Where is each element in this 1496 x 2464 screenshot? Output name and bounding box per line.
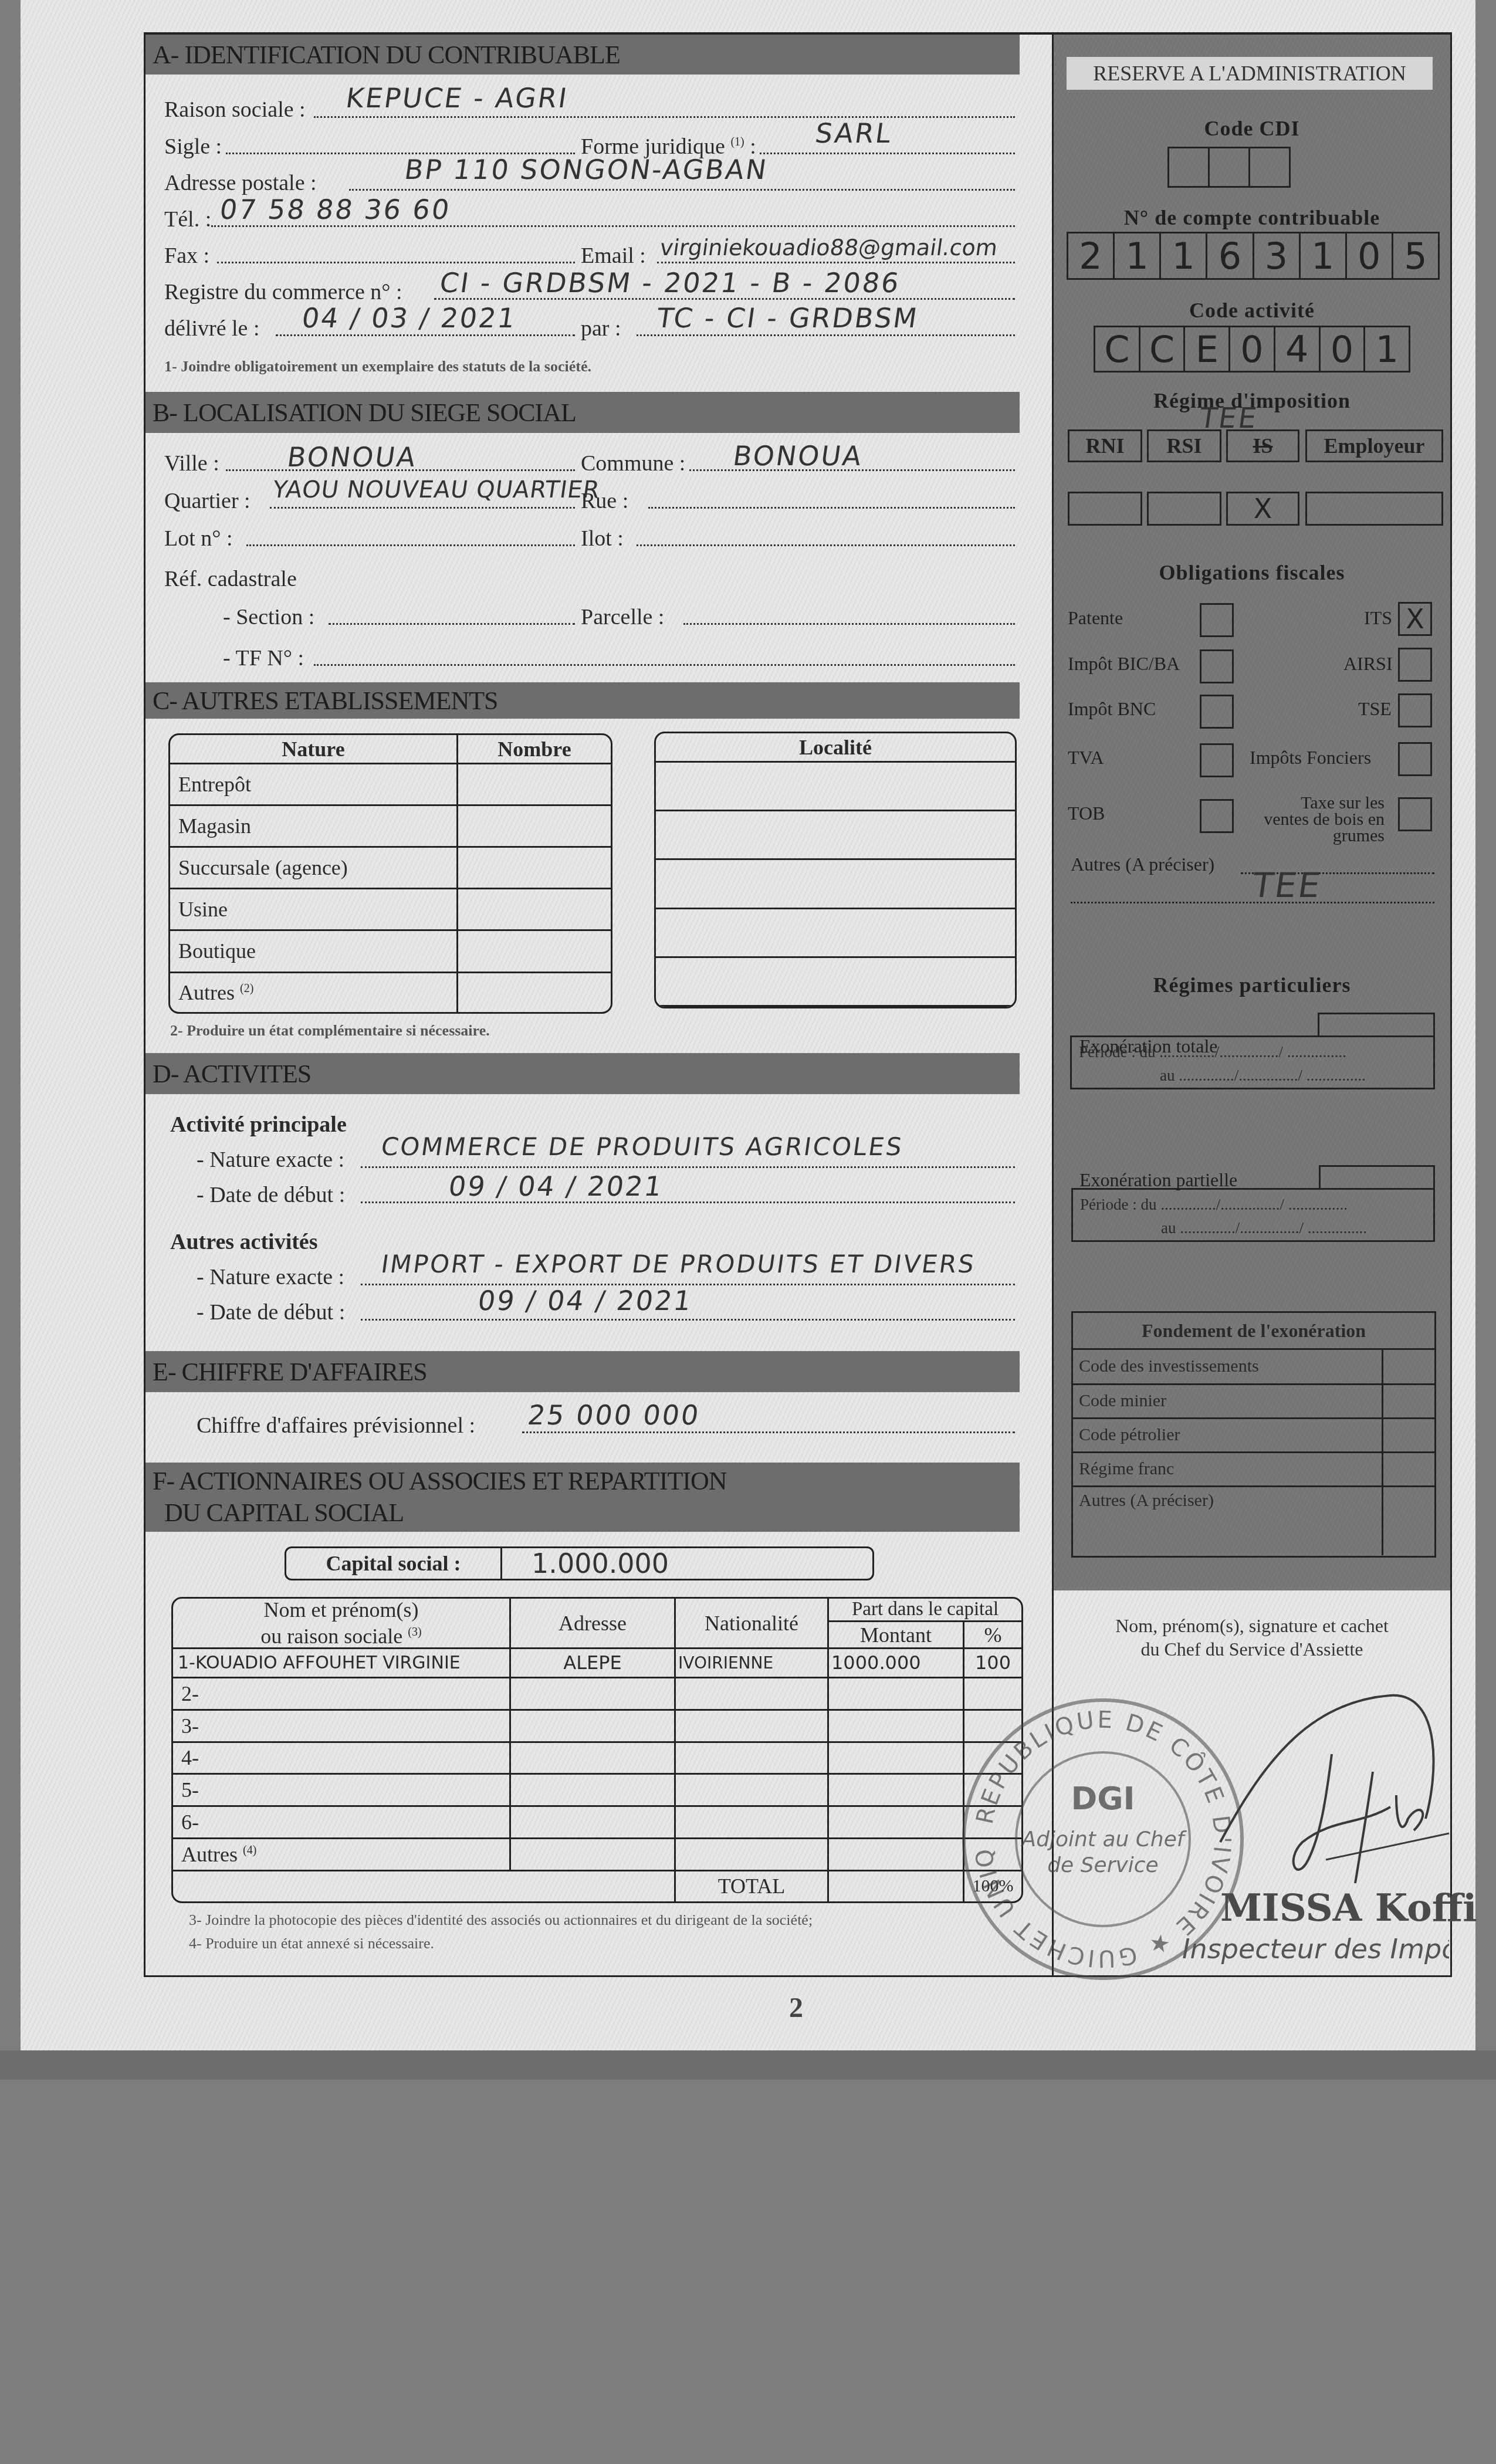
obligation-airsi-checkbox[interactable] bbox=[1398, 648, 1432, 682]
code-activite-cell: 0 bbox=[1321, 327, 1366, 371]
associate-amount-field[interactable] bbox=[829, 1775, 964, 1807]
associate-pct-field[interactable]: 100 bbox=[964, 1649, 1021, 1678]
obligation-bic-checkbox[interactable] bbox=[1200, 649, 1234, 683]
registre-label: Registre du commerce n° : bbox=[164, 279, 402, 305]
associate-nationality-field[interactable] bbox=[676, 1807, 829, 1839]
section-b-title: B- LOCALISATION DU SIEGE SOCIAL bbox=[153, 398, 576, 428]
admin-title: RESERVE A L'ADMINISTRATION bbox=[1067, 57, 1433, 90]
table-row: 1-KOUADIO AFFOUHET VIRGINIE ALEPE IVOIRI… bbox=[173, 1649, 1021, 1678]
table-row: 6- bbox=[173, 1807, 1021, 1839]
code-cdi-field[interactable] bbox=[1167, 147, 1291, 188]
col-part-capital: Part dans le capital bbox=[829, 1599, 1021, 1622]
fondement-petrolier-checkbox[interactable] bbox=[1383, 1418, 1435, 1452]
fondement-autres: Autres (A préciser) bbox=[1073, 1486, 1383, 1555]
row-autres: Autres (2) bbox=[170, 973, 458, 1012]
section-c-title: C- AUTRES ETABLISSEMENTS bbox=[153, 686, 498, 716]
table-row: Autres (4) bbox=[173, 1839, 1021, 1871]
stamp-inner-ring: DGI Adjoint au Chef de Service bbox=[1015, 1751, 1191, 1927]
fondement-exoneration-table: Fondement de l'exonération Code des inve… bbox=[1071, 1311, 1436, 1558]
col-adresse: Adresse bbox=[511, 1599, 676, 1649]
obligation-bnc-checkbox[interactable] bbox=[1200, 695, 1234, 729]
exo-totale-du[interactable]: Période : du ............../............… bbox=[1079, 1043, 1346, 1061]
nature-exacte-line bbox=[361, 1166, 1015, 1168]
section-f-title-1: F- ACTIONNAIRES OU ASSOCIES ET REPARTITI… bbox=[153, 1465, 726, 1497]
quartier-line bbox=[270, 507, 575, 509]
row-usine: Usine bbox=[170, 889, 458, 931]
fondement-petrolier: Code pétrolier bbox=[1073, 1418, 1383, 1452]
associate-address-field[interactable]: ALEPE bbox=[511, 1649, 676, 1678]
row-number: 6- bbox=[173, 1807, 511, 1839]
col-localite: Localité bbox=[656, 733, 1015, 763]
associate-address-field[interactable] bbox=[511, 1678, 676, 1711]
obligation-bois-label: Taxe sur les ventes de bois en grumes bbox=[1261, 795, 1385, 844]
associate-nationality-field[interactable] bbox=[676, 1678, 829, 1711]
signature-caption-line2: du Chef du Service d'Assiette bbox=[1054, 1637, 1450, 1661]
table-row: 4- bbox=[173, 1743, 1021, 1775]
total-spacer bbox=[173, 1871, 676, 1901]
regime-rsi: RSI bbox=[1147, 429, 1221, 462]
delivre-label: délivré le : bbox=[164, 316, 259, 341]
adresse-line bbox=[349, 189, 1015, 191]
nombre-cell[interactable] bbox=[458, 806, 611, 848]
obligation-its-checkbox[interactable]: X bbox=[1398, 602, 1432, 636]
obligation-tse-checkbox[interactable] bbox=[1398, 693, 1432, 727]
nombre-cell[interactable] bbox=[458, 848, 611, 889]
localite-table: Localité bbox=[654, 732, 1017, 1008]
obligation-airsi-label: AIRSI bbox=[1343, 653, 1393, 675]
associate-address-field[interactable] bbox=[511, 1743, 676, 1775]
autres-date-line bbox=[361, 1319, 1015, 1321]
forme-juridique-line bbox=[760, 153, 1015, 154]
adresse-field[interactable]: BP 110 SONGON-AGBAN bbox=[402, 154, 770, 185]
activite-principale-heading: Activité principale bbox=[170, 1112, 347, 1138]
total-label: TOTAL bbox=[676, 1871, 829, 1901]
code-activite-cell: 4 bbox=[1275, 327, 1321, 371]
tf-label: - TF N° : bbox=[223, 645, 304, 671]
row-number: 3- bbox=[173, 1711, 511, 1743]
footnote-ref: (2) bbox=[240, 982, 253, 995]
footnote-ref: (1) bbox=[730, 136, 744, 148]
obligation-tse-label: TSE bbox=[1358, 698, 1392, 720]
code-activite-cell: 1 bbox=[1365, 327, 1409, 371]
lot-label: Lot n° : bbox=[164, 526, 233, 551]
section-f-header: F- ACTIONNAIRES OU ASSOCIES ET REPARTITI… bbox=[145, 1463, 1020, 1532]
row-number: 4- bbox=[173, 1743, 511, 1775]
regime-is-checkbox[interactable]: X bbox=[1226, 492, 1299, 526]
commune-label: Commune : bbox=[581, 451, 685, 476]
obligation-bic-label: Impôt BIC/BA bbox=[1068, 653, 1180, 675]
commune-field[interactable]: BONOUA bbox=[731, 440, 865, 472]
signature-scribble-icon bbox=[1197, 1684, 1455, 1895]
exo-totale-periode: Période : du ............../............… bbox=[1070, 1035, 1435, 1089]
ville-field[interactable]: BONOUA bbox=[285, 441, 419, 473]
nature-exacte-label: - Nature exacte : bbox=[197, 1147, 344, 1173]
compte-contribuable-label: N° de compte contribuable bbox=[1054, 205, 1450, 230]
date-debut-label: - Date de début : bbox=[197, 1182, 345, 1208]
associate-nationality-field[interactable] bbox=[676, 1743, 829, 1775]
email-line bbox=[657, 262, 1015, 263]
row-number: 1- bbox=[178, 1653, 195, 1673]
associate-address-field[interactable] bbox=[511, 1839, 676, 1871]
obligation-tva-checkbox[interactable] bbox=[1200, 743, 1234, 777]
section-d-header: D- ACTIVITES bbox=[145, 1053, 1020, 1094]
row-number: 2- bbox=[173, 1678, 511, 1711]
section-e-title: E- CHIFFRE D'AFFAIRES bbox=[153, 1357, 427, 1387]
scanner-edge bbox=[0, 2050, 1496, 2080]
compte-cell: 0 bbox=[1347, 233, 1393, 278]
raison-sociale-line bbox=[314, 116, 1015, 118]
autres-nature-field[interactable]: IMPORT - EXPORT DE PRODUITS ET DIVERS bbox=[380, 1250, 978, 1278]
registre-field[interactable]: CI - GRDBSM - 2021 - B - 2086 bbox=[438, 267, 902, 299]
localite-cell[interactable] bbox=[656, 811, 1015, 860]
associate-address-field[interactable] bbox=[511, 1807, 676, 1839]
rue-field[interactable] bbox=[648, 507, 1015, 509]
fondement-header: Fondement de l'exonération bbox=[1073, 1313, 1434, 1350]
autres-row-label: Autres (4) bbox=[173, 1839, 511, 1871]
par-line bbox=[637, 334, 1015, 336]
capital-social-field[interactable]: 1.000.000 bbox=[502, 1548, 872, 1579]
stamp-role-line1: Adjoint au Chef bbox=[1017, 1827, 1189, 1853]
date-debut-field[interactable]: 09 / 04 / 2021 bbox=[446, 1170, 665, 1202]
obligation-bnc-label: Impôt BNC bbox=[1068, 698, 1156, 720]
ilot-label: Ilot : bbox=[581, 526, 624, 551]
par-field[interactable]: TC - CI - GRDBSM bbox=[655, 302, 920, 334]
code-activite-cell: 0 bbox=[1230, 327, 1275, 371]
compte-cell: 2 bbox=[1068, 233, 1115, 278]
table-row: 2- bbox=[173, 1678, 1021, 1711]
associate-address-field[interactable] bbox=[511, 1711, 676, 1743]
associate-nationality-field[interactable]: IVOIRIENNE bbox=[676, 1649, 829, 1678]
fax-field[interactable] bbox=[217, 262, 575, 263]
col-nom-line2: ou raison sociale bbox=[260, 1624, 402, 1648]
localite-cell[interactable] bbox=[656, 763, 1015, 811]
associate-amount-field[interactable] bbox=[829, 1807, 964, 1839]
col-nom-line1: Nom et prénom(s) bbox=[264, 1598, 419, 1622]
col-nature: Nature bbox=[170, 735, 458, 764]
fondement-minier-checkbox[interactable] bbox=[1383, 1384, 1435, 1418]
email-label: Email : bbox=[581, 243, 646, 269]
row-entrepot: Entrepôt bbox=[170, 764, 458, 806]
section-d-title: D- ACTIVITES bbox=[153, 1059, 311, 1089]
ca-field[interactable]: 25 000 000 bbox=[526, 1399, 702, 1431]
signature-caption-line1: Nom, prénom(s), signature et cachet bbox=[1054, 1614, 1450, 1637]
code-activite-cell: C bbox=[1140, 327, 1186, 371]
compte-cell: 6 bbox=[1207, 233, 1254, 278]
ca-label: Chiffre d'affaires prévisionnel : bbox=[197, 1413, 475, 1439]
regime-is: IS bbox=[1226, 429, 1299, 462]
section-label: - Section : bbox=[223, 604, 314, 630]
obligation-fonciers-checkbox[interactable] bbox=[1398, 742, 1432, 776]
associate-nationality-field[interactable] bbox=[676, 1839, 829, 1871]
ca-line bbox=[522, 1431, 1015, 1433]
compte-contribuable-field[interactable]: 21163105 bbox=[1067, 232, 1440, 280]
associate-name-field[interactable]: KOUADIO AFFOUHET VIRGINIE bbox=[195, 1653, 461, 1673]
actionnaires-table: Nom et prénom(s)ou raison sociale (3) Ad… bbox=[171, 1597, 1023, 1903]
fondement-minier: Code minier bbox=[1073, 1384, 1383, 1418]
section-e-header: E- CHIFFRE D'AFFAIRES bbox=[145, 1351, 1020, 1392]
raison-sociale-label: Raison sociale : bbox=[164, 97, 306, 123]
section-field[interactable] bbox=[329, 623, 575, 625]
exo-totale-checkbox[interactable] bbox=[1318, 1013, 1435, 1037]
section-f-note-4: 4- Produire un état annexé si nécessaire… bbox=[189, 1935, 434, 1952]
quartier-label: Quartier : bbox=[164, 488, 251, 514]
associate-nationality-field[interactable] bbox=[676, 1711, 829, 1743]
section-f-title-2: DU CAPITAL SOCIAL bbox=[153, 1497, 404, 1529]
capital-social-label: Capital social : bbox=[286, 1548, 502, 1579]
obligation-tob-label: TOB bbox=[1068, 803, 1105, 824]
code-cdi-cell bbox=[1250, 148, 1289, 186]
fax-label: Fax : bbox=[164, 243, 209, 269]
compte-cell: 1 bbox=[1161, 233, 1207, 278]
par-label: par : bbox=[581, 316, 621, 341]
regime-rni: RNI bbox=[1068, 429, 1142, 462]
autres-date-field[interactable]: 09 / 04 / 2021 bbox=[476, 1285, 695, 1316]
table-row: 5- bbox=[173, 1775, 1021, 1807]
obligation-patente-label: Patente bbox=[1068, 607, 1123, 629]
col-nationalite: Nationalité bbox=[676, 1599, 829, 1649]
col-nom: Nom et prénom(s)ou raison sociale (3) bbox=[173, 1599, 511, 1649]
fondement-regime-franc-checkbox[interactable] bbox=[1383, 1452, 1435, 1486]
tel-label: Tél. : bbox=[164, 207, 211, 232]
tf-field[interactable] bbox=[314, 664, 1015, 666]
tel-field[interactable]: 07 58 88 36 60 bbox=[218, 194, 453, 225]
code-cdi-label: Code CDI bbox=[1054, 116, 1450, 141]
delivre-field[interactable]: 04 / 03 / 2021 bbox=[300, 302, 519, 334]
associate-amount-field[interactable]: 1000.000 bbox=[829, 1649, 964, 1678]
forme-juridique-field[interactable]: SARL bbox=[813, 117, 895, 149]
section-f-note-3: 3- Joindre la photocopie des pièces d'id… bbox=[189, 1911, 813, 1929]
nombre-cell[interactable] bbox=[458, 889, 611, 931]
code-cdi-cell bbox=[1210, 148, 1250, 186]
compte-cell: 1 bbox=[1301, 233, 1347, 278]
ilot-field[interactable] bbox=[637, 544, 1015, 546]
section-a-note: 1- Joindre obligatoirement un exemplaire… bbox=[164, 358, 591, 375]
nombre-cell[interactable] bbox=[458, 764, 611, 806]
fondement-investissements: Code des investissements bbox=[1073, 1350, 1383, 1384]
check-mark-icon: X bbox=[1406, 603, 1424, 635]
associate-address-field[interactable] bbox=[511, 1775, 676, 1807]
total-row: TOTAL100% bbox=[173, 1871, 1021, 1901]
signature-caption: Nom, prénom(s), signature et cachet du C… bbox=[1054, 1614, 1450, 1661]
code-activite-label: Code activité bbox=[1054, 298, 1450, 323]
parcelle-label: Parcelle : bbox=[581, 604, 664, 630]
exo-partielle-au[interactable]: au ............../.............../ .....… bbox=[1161, 1219, 1367, 1237]
parcelle-field[interactable] bbox=[683, 623, 1015, 625]
obligations-fiscales-label: Obligations fiscales bbox=[1054, 560, 1450, 585]
section-a-title: A- IDENTIFICATION DU CONTRIBUABLE bbox=[153, 40, 620, 70]
signer-name: MISSA Koffi bbox=[1220, 1886, 1477, 1930]
code-activite-cell: E bbox=[1185, 327, 1230, 371]
section-c-note: 2- Produire un état complémentaire si né… bbox=[170, 1022, 490, 1040]
autres-text: Autres bbox=[178, 981, 235, 1004]
row-boutique: Boutique bbox=[170, 931, 458, 973]
autres-obligations-label: Autres (A préciser) bbox=[1071, 854, 1214, 875]
email-field[interactable]: virginiekouadio88@gmail.com bbox=[658, 235, 999, 260]
nombre-cell[interactable] bbox=[458, 931, 611, 973]
fondement-autres-checkbox[interactable] bbox=[1383, 1486, 1435, 1555]
fondement-investissements-checkbox[interactable] bbox=[1383, 1350, 1435, 1384]
footnote-ref: (3) bbox=[408, 1626, 421, 1639]
exo-partielle-periode: Période : du ............../............… bbox=[1071, 1188, 1435, 1242]
obligation-patente-checkbox[interactable] bbox=[1200, 603, 1234, 637]
regime-rni-checkbox[interactable] bbox=[1068, 492, 1142, 526]
sigle-label: Sigle : bbox=[164, 134, 222, 160]
stamp-role-line2: de Service bbox=[1017, 1853, 1189, 1879]
stamp-dgi: DGI bbox=[1017, 1780, 1189, 1817]
regime-employeur-checkbox[interactable] bbox=[1305, 492, 1443, 526]
nature-exacte-field[interactable]: COMMERCE DE PRODUITS AGRICOLES bbox=[380, 1132, 906, 1161]
associate-amount-field[interactable] bbox=[829, 1743, 964, 1775]
regimes-particuliers-label: Régimes particuliers bbox=[1054, 973, 1450, 997]
col-nombre: Nombre bbox=[458, 735, 611, 764]
lot-field[interactable] bbox=[246, 544, 575, 546]
localite-cell[interactable] bbox=[656, 958, 1015, 1007]
obligation-its-label: ITS bbox=[1364, 607, 1392, 629]
adresse-label: Adresse postale : bbox=[164, 170, 317, 196]
nombre-cell[interactable] bbox=[458, 973, 611, 1012]
localite-cell[interactable] bbox=[656, 909, 1015, 958]
compte-cell: 5 bbox=[1393, 233, 1438, 278]
capital-social-box: Capital social : 1.000.000 bbox=[285, 1546, 874, 1580]
associate-amount-field[interactable] bbox=[829, 1839, 964, 1871]
autres-nature-label: - Nature exacte : bbox=[197, 1264, 344, 1290]
exo-partielle-du[interactable]: Période : du ............../............… bbox=[1080, 1196, 1348, 1214]
code-activite-cell: C bbox=[1095, 327, 1140, 371]
etablissements-table: NatureNombre Entrepôt Magasin Succursale… bbox=[168, 733, 612, 1014]
compte-cell: 1 bbox=[1115, 233, 1161, 278]
section-a-header: A- IDENTIFICATION DU CONTRIBUABLE bbox=[145, 35, 1020, 75]
col-montant: Montant bbox=[829, 1622, 964, 1649]
associate-amount-field[interactable] bbox=[829, 1678, 964, 1711]
exo-partielle-checkbox[interactable] bbox=[1319, 1165, 1435, 1190]
section-b-header: B- LOCALISATION DU SIEGE SOCIAL bbox=[145, 392, 1020, 433]
raison-sociale-field[interactable]: KEPUCE - AGRI bbox=[344, 82, 570, 114]
quartier-field[interactable]: YAOU NOUVEAU QUARTIER bbox=[271, 476, 602, 503]
page-number: 2 bbox=[789, 1992, 803, 2024]
autres-activites-heading: Autres activités bbox=[170, 1229, 318, 1255]
footnote-ref: (4) bbox=[243, 1844, 256, 1857]
obligation-fonciers-label: Impôts Fonciers bbox=[1250, 747, 1371, 769]
regime-rsi-checkbox[interactable] bbox=[1147, 492, 1221, 526]
obligation-tva-label: TVA bbox=[1068, 747, 1104, 769]
code-cdi-cell bbox=[1169, 148, 1210, 186]
row-magasin: Magasin bbox=[170, 806, 458, 848]
autres-date-label: - Date de début : bbox=[197, 1299, 345, 1325]
rue-label: Rue : bbox=[581, 488, 628, 514]
col-pct: % bbox=[964, 1622, 1021, 1649]
ref-cadastrale-label: Réf. cadastrale bbox=[164, 566, 297, 592]
associate-nationality-field[interactable] bbox=[676, 1775, 829, 1807]
signer-title: Inspecteur des Impôts bbox=[1182, 1933, 1449, 1965]
obligation-tob-checkbox[interactable] bbox=[1200, 799, 1234, 833]
stamp-role: Adjoint au Chef de Service bbox=[1017, 1827, 1189, 1879]
associate-amount-field[interactable] bbox=[829, 1711, 964, 1743]
code-activite-field[interactable]: CCE0401 bbox=[1094, 326, 1410, 373]
total-amount-field[interactable] bbox=[829, 1871, 964, 1901]
row-name-cell: 1-KOUADIO AFFOUHET VIRGINIE bbox=[173, 1649, 511, 1678]
compte-cell: 3 bbox=[1254, 233, 1301, 278]
localite-cell[interactable] bbox=[656, 860, 1015, 909]
obligation-bois-checkbox[interactable] bbox=[1398, 797, 1432, 831]
regime-employeur: Employeur bbox=[1305, 429, 1443, 462]
tel-line bbox=[211, 225, 1015, 227]
autres-text: Autres bbox=[181, 1843, 238, 1866]
exo-totale-au[interactable]: au ............../.............../ .....… bbox=[1160, 1067, 1366, 1085]
row-number: 5- bbox=[173, 1775, 511, 1807]
row-succursale: Succursale (agence) bbox=[170, 848, 458, 889]
table-row: 3- bbox=[173, 1711, 1021, 1743]
ville-label: Ville : bbox=[164, 451, 219, 476]
fondement-regime-franc: Régime franc bbox=[1073, 1452, 1383, 1486]
section-c-header: C- AUTRES ETABLISSEMENTS bbox=[145, 682, 1020, 719]
delivre-line bbox=[276, 334, 575, 336]
autres-obligations-field[interactable]: TEE bbox=[1250, 865, 1324, 905]
